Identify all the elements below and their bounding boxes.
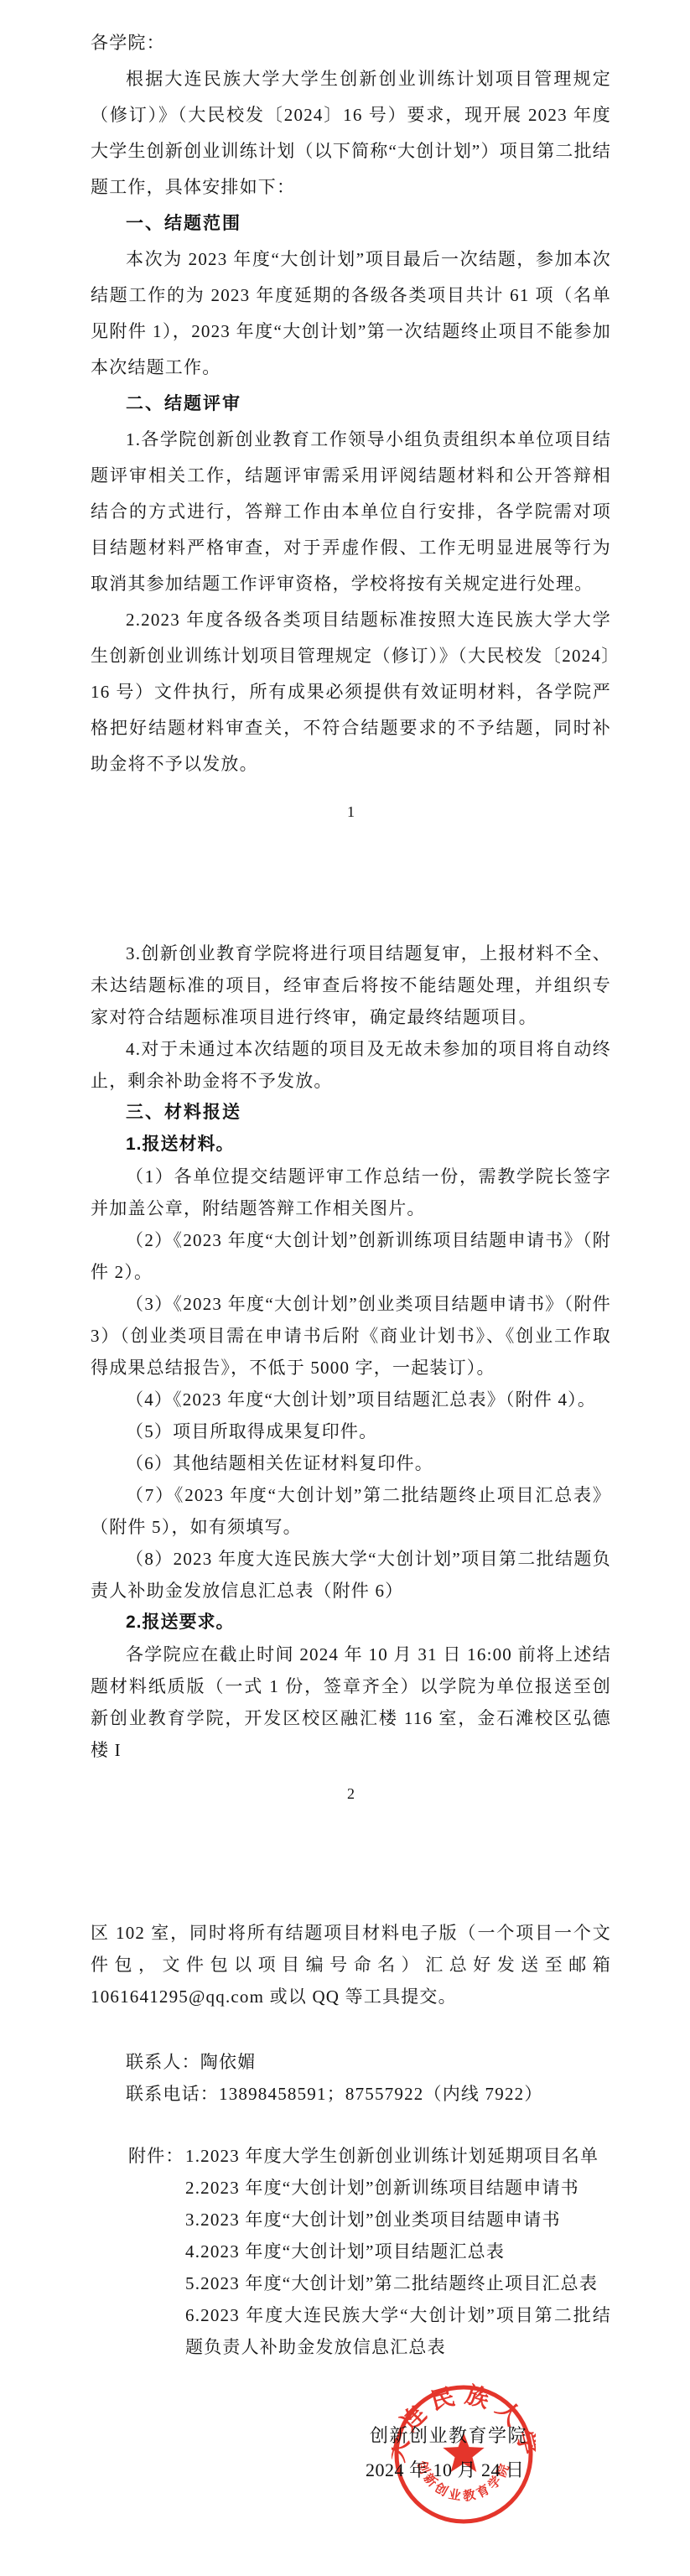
contact-person: 联系人：陶依媚 bbox=[91, 2046, 611, 2078]
attachment-item: 2.2023 年度“大创计划”创新训练项目结题申请书 bbox=[185, 2172, 611, 2204]
contact-phone: 联系电话：13898458591；87557922（内线 7922） bbox=[91, 2078, 611, 2110]
attachment-item: 5.2023 年度“大创计划”第二批结题终止项目汇总表 bbox=[185, 2267, 611, 2299]
seal-graphic: 大连民族大学 创新创业教育学院 bbox=[392, 2382, 536, 2527]
paragraph: （5）项目所取得成果复印件。 bbox=[91, 1415, 611, 1447]
attachment-item: 3.2023 年度“大创计划”创业类项目结题申请书 bbox=[185, 2204, 611, 2236]
section-heading-1: 一、结题范围 bbox=[91, 205, 611, 241]
page-3: 区 102 室，同时将所有结题项目材料电子版（一个项目一个文件包，文件包以项目编… bbox=[91, 1917, 611, 2363]
blank-line bbox=[91, 2012, 611, 2046]
scanned-notice-document: 各学院： 根据大连民族大学大学生创新创业训练计划项目管理规定（修订）》（大民校发… bbox=[0, 0, 690, 2576]
section-heading-2: 二、结题评审 bbox=[91, 386, 611, 422]
attachment-item: 4.2023 年度“大创计划”项目结题汇总表 bbox=[185, 2236, 611, 2267]
paragraph-continuation: 区 102 室，同时将所有结题项目材料电子版（一个项目一个文件包，文件包以项目编… bbox=[91, 1917, 611, 2012]
page-number: 2 bbox=[91, 1778, 611, 1810]
paragraph: 4.对于未通过本次结题的项目及无故未参加的项目将自动终止，剩余补助金将不予发放。 bbox=[91, 1033, 611, 1097]
attachments-block: 附件： 1.2023 年度大学生创新创业训练计划延期项目名单 2.2023 年度… bbox=[91, 2140, 611, 2363]
paragraph: （1）各单位提交结题评审工作总结一份，需教学院长签字并加盖公章，附结题答辩工作相… bbox=[91, 1161, 611, 1224]
paragraph: 1.各学院创新创业教育工作领导小组负责组织本单位项目结题评审相关工作，结题评审需… bbox=[91, 422, 611, 602]
paragraph: （8）2023 年度大连民族大学“大创计划”项目第二批结题负责人补助金发放信息汇… bbox=[91, 1543, 611, 1607]
attachments-label: 附件： bbox=[128, 2140, 184, 2172]
salutation: 各学院： bbox=[91, 25, 611, 61]
page-number: 1 bbox=[91, 794, 611, 830]
paragraph: 各学院应在截止时间 2024 年 10 月 31 日 16:00 前将上述结题材… bbox=[91, 1639, 611, 1766]
paragraph: 2.2023 年度各级各类项目结题标准按照大连民族大学大学生创新创业训练计划项目… bbox=[91, 602, 611, 782]
section-heading-3: 三、材料报送 bbox=[91, 1097, 611, 1129]
page-break bbox=[0, 1810, 690, 1917]
paragraph: 3.创新创业教育学院将进行项目结题复审，上报材料不全、未达结题标准的项目，经审查… bbox=[91, 937, 611, 1033]
paragraph: （2）《2023 年度“大创计划”创新训练项目结题申请书》（附件 2）。 bbox=[91, 1224, 611, 1288]
paragraph: （7）《2023 年度“大创计划”第二批结题终止项目汇总表》（附件 5），如有须… bbox=[91, 1479, 611, 1543]
subsection-heading: 1.报送材料。 bbox=[91, 1129, 611, 1161]
closing-block: 大连民族大学 创新创业教育学院 创新创业教育学院 2024 年 10 月 24 … bbox=[0, 2378, 690, 2576]
attachment-item: 6.2023 年度大连民族大学“大创计划”项目第二批结题负责人补助金发放信息汇总… bbox=[185, 2299, 611, 2363]
paragraph: 根据大连民族大学大学生创新创业训练计划项目管理规定（修订）》（大民校发〔2024… bbox=[91, 61, 611, 205]
paragraph: （6）其他结题相关佐证材料复印件。 bbox=[91, 1447, 611, 1479]
paragraph: （4）《2023 年度“大创计划”项目结题汇总表》（附件 4）。 bbox=[91, 1384, 611, 1415]
page-1: 各学院： 根据大连民族大学大学生创新创业训练计划项目管理规定（修订）》（大民校发… bbox=[91, 0, 611, 830]
paragraph: （3）《2023 年度“大创计划”创业类项目结题申请书》（附件 3）（创业类项目… bbox=[91, 1288, 611, 1384]
official-seal: 大连民族大学 创新创业教育学院 bbox=[392, 2382, 536, 2527]
attachment-item: 1.2023 年度大学生创新创业训练计划延期项目名单 bbox=[185, 2140, 611, 2172]
contact-block: 联系人：陶依媚 联系电话：13898458591；87557922（内线 792… bbox=[91, 2046, 611, 2110]
signature-date: 2024 年 10 月 24 日 bbox=[366, 2456, 525, 2482]
paragraph: 本次为 2023 年度“大创计划”项目最后一次结题，参加本次结题工作的为 202… bbox=[91, 241, 611, 386]
blank-line bbox=[91, 2110, 611, 2140]
page-2: 3.创新创业教育学院将进行项目结题复审，上报材料不全、未达结题标准的项目，经审查… bbox=[91, 937, 611, 1810]
page-break bbox=[0, 830, 690, 937]
signer-name: 创新创业教育学院 bbox=[370, 2422, 527, 2448]
subsection-heading: 2.报送要求。 bbox=[91, 1607, 611, 1639]
